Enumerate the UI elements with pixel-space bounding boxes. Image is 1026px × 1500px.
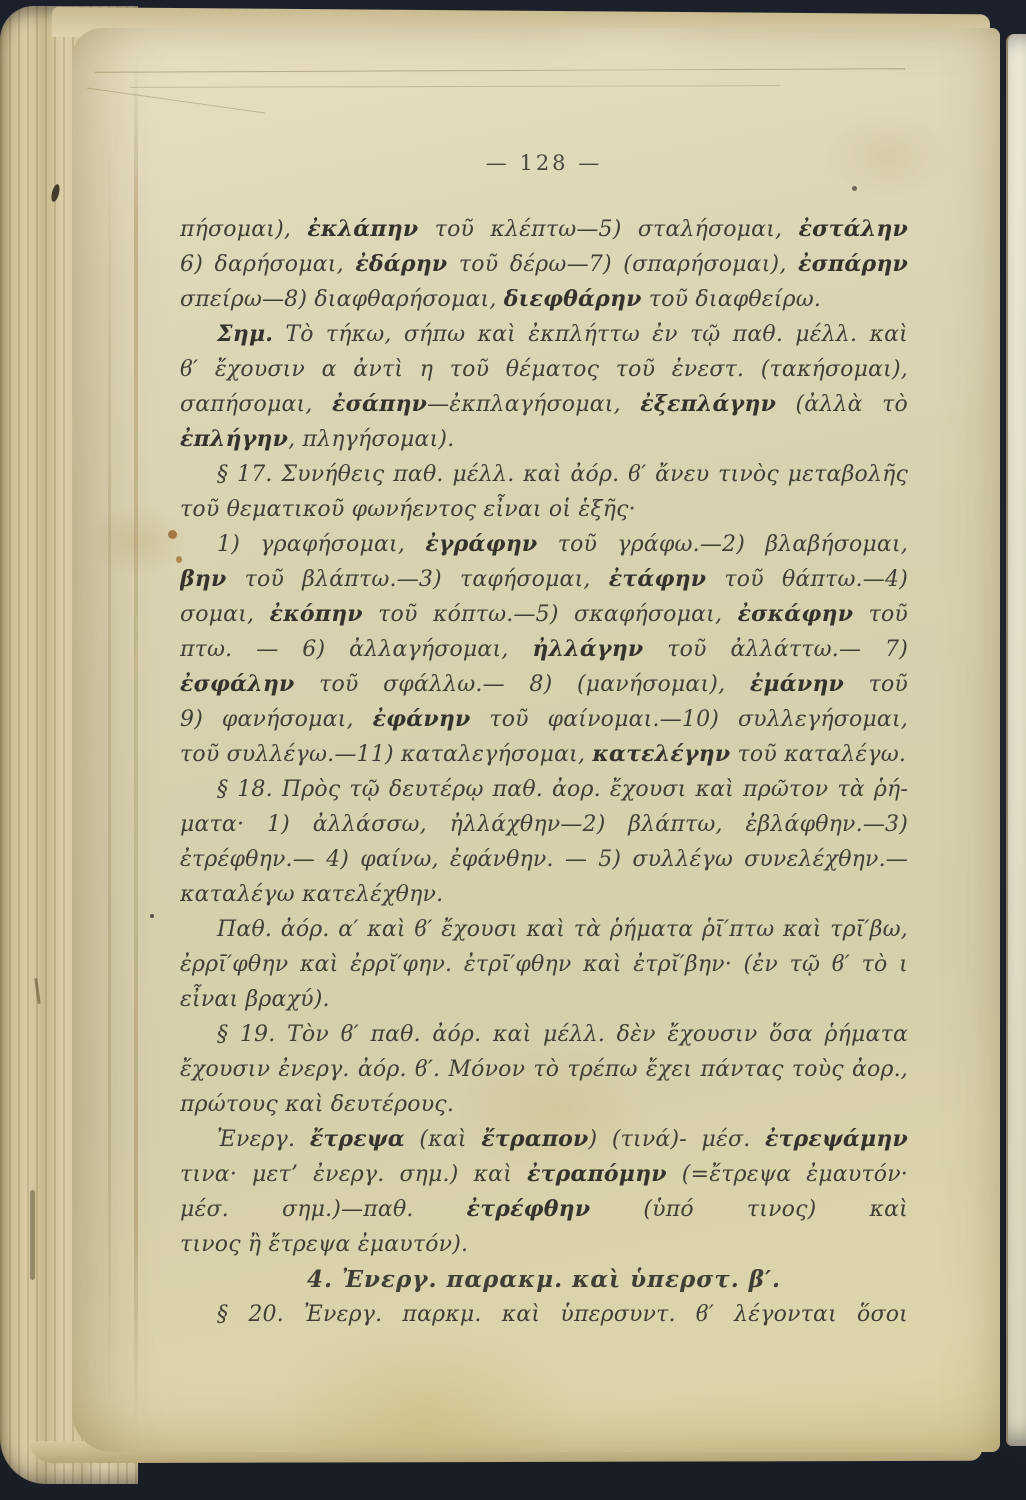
text-line: Σημ. Τὸ τήκω, σήπω καὶ ἐκπλήττω ἐν τῷ πα… (180, 317, 908, 352)
edge-shadow-streak (30, 1190, 35, 1280)
text-line: εἶναι βραχύ). (180, 982, 908, 1017)
next-page-edge (1006, 34, 1026, 1446)
text-line: πτω. — 6) ἀλλαγήσομαι, ἠλλάγην τοῦ ἀλλάτ… (180, 632, 908, 667)
book-photo: — 128 — πήσομαι), ἐκλάπην τοῦ κλέπτω—5) … (0, 0, 1026, 1500)
text-line: ἐσφάλην τοῦ σφάλλω.— 8) (μανήσομαι), ἐμά… (180, 667, 908, 702)
text-line: ἐπλήγην, πληγήσομαι). (180, 422, 908, 457)
foxing-spot (168, 530, 177, 539)
text-line: ϐ′ ἔχουσιν α ἀντὶ η τοῦ θέματος τοῦ ἐνεσ… (180, 352, 908, 387)
text-line: ἐρρῑ′φθην καὶ ἐρρῐ′φην. ἐτρῑ′φθην καὶ ἐτ… (180, 947, 908, 982)
text-line: 9) φανήσομαι, ἐφάνην τοῦ φαίνομαι.—10) σ… (180, 702, 908, 737)
text-line: Παθ. ἀόρ. α′ καὶ ϐ′ ἔχουσι καὶ τὰ ῥήματα… (180, 912, 908, 947)
text-line: τοῦ θεματικοῦ φωνήεντος εἶναι οἱ ἑξῆς· (180, 492, 908, 527)
text-line: ματα· 1) ἀλλάσσω, ἠλλάχθην—2) βλάπτω, ἐβ… (180, 807, 908, 842)
text-line: πήσομαι), ἐκλάπην τοῦ κλέπτω—5) σταλήσομ… (180, 212, 908, 247)
text-line: Ἐνεργ. ἔτρεψα (καὶ ἔτραπον) (τινά)- μέσ.… (180, 1122, 908, 1157)
text-line: 6) δαρήσομαι, ἐδάρην τοῦ δέρω—7) (σπαρήσ… (180, 247, 908, 282)
text-line: μέσ. σημ.)—παθ. ἐτρέφθην (ὑπό τινος) καὶ… (180, 1192, 908, 1227)
text-line: πρώτους καὶ δευτέρους. (180, 1087, 908, 1122)
text-line: καταλέγω κατελέχθην. (180, 877, 908, 912)
text-line: 1) γραφήσομαι, ἐγράφην τοῦ γράφω.—2) βλα… (180, 527, 908, 562)
text-line: § 18. Πρὸς τῷ δευτέρῳ παθ. ἀορ. ἔχουσι κ… (180, 772, 908, 807)
text-line: 4. Ἐνεργ. παρακμ. καὶ ὑπερστ. β′. (180, 1262, 908, 1297)
text-line: ἐτρέφθην.— 4) φαίνω, ἐφάνθην. — 5) συλλέ… (180, 842, 908, 877)
text-line: τοῦ συλλέγω.—11) καταλεγήσομαι, κατελέγη… (180, 737, 908, 772)
text-line: § 19. Τὸν ϐ′ παθ. ἀόρ. καὶ μέλλ. δὲν ἔχο… (180, 1017, 908, 1052)
text-line: σαπήσομαι, ἐσάπην—ἐκπλαγήσομαι, ἐξεπλάγη… (180, 387, 908, 422)
text-line: σπείρω—8) διαφθαρήσομαι, διεφθάρην τοῦ δ… (180, 282, 908, 317)
page-number: — 128 — (180, 150, 908, 176)
text-line: τινος ἢ ἔτρεψα ἐμαυτόν). (180, 1227, 908, 1262)
text-line: τινα· μετ’ ἐνεργ. σημ.) καὶ ἐτραπόμην (=… (180, 1157, 908, 1192)
text-line: βην τοῦ βλάπτω.—3) ταφήσομαι, ἐτάφην τοῦ… (180, 562, 908, 597)
ink-speck (150, 914, 154, 918)
text-line: § 20. Ἐνεργ. παρκμ. καὶ ὑπερσυντ. ϐ′ λέγ… (180, 1297, 908, 1332)
text-line: ἔχουσιν ἐνεργ. ἀόρ. ϐ′. Μόνον τὸ τρέπω ἔ… (180, 1052, 908, 1087)
text-line: σομαι, ἐκόπην τοῦ κόπτω.—5) σκαφήσομαι, … (180, 597, 908, 632)
page-content: — 128 — πήσομαι), ἐκλάπην τοῦ κλέπτω—5) … (180, 150, 908, 1332)
text-block: πήσομαι), ἐκλάπην τοῦ κλέπτω—5) σταλήσομ… (180, 212, 908, 1332)
text-line: § 17. Συνήθεις παθ. μέλλ. καὶ ἀόρ. ϐ′ ἄν… (180, 457, 908, 492)
